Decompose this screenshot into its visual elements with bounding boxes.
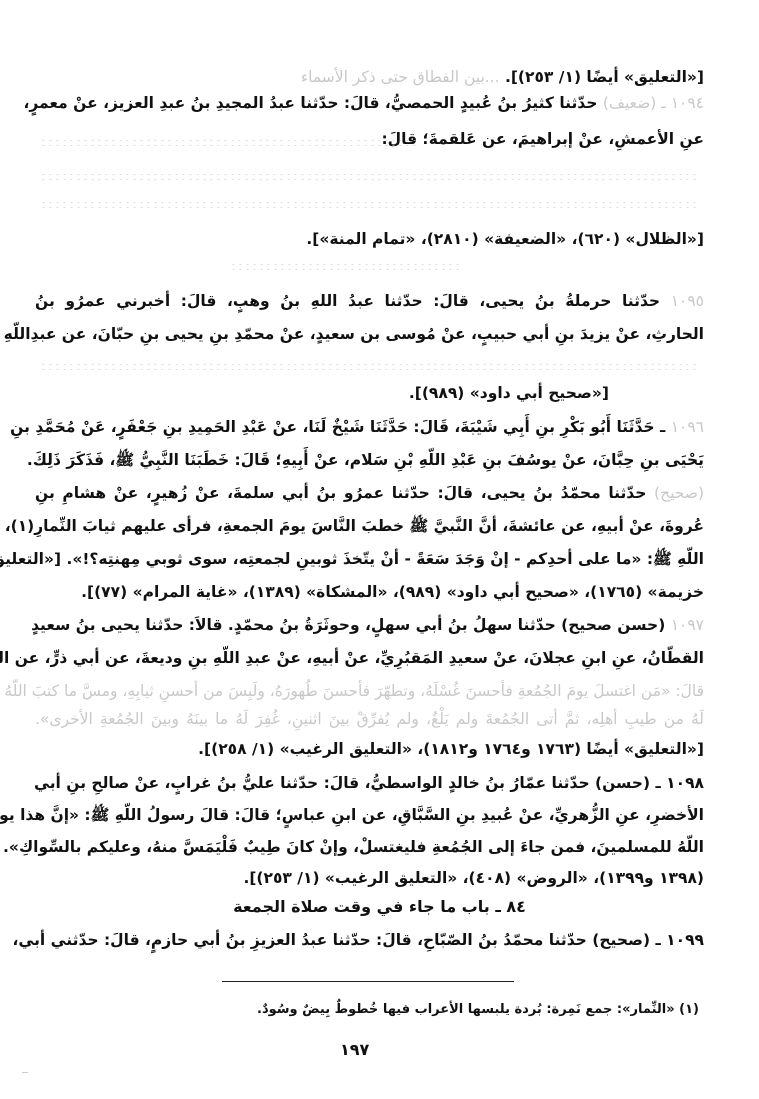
faded-text: ...بين الفطاق حتى ذكر الأسماء bbox=[301, 68, 500, 86]
page-number: ١٩٧ bbox=[340, 1040, 369, 1059]
faded-text: (صحيح) bbox=[654, 484, 704, 502]
text-line-12: اللّهِ ﷺ: «ما على أحدِكم - إنْ وَجَدَ سَ… bbox=[35, 548, 704, 570]
line-text: [«صحيح أبي داود» (٩٨٩)]. bbox=[409, 384, 609, 402]
line-text: يَحْيَى بنِ حِبَّانَ، عنْ يوسُفَ بنِ عَب… bbox=[27, 451, 704, 469]
text-line-9: يَحْيَى بنِ حِبَّانَ، عنْ يوسُفَ بنِ عَب… bbox=[27, 449, 704, 471]
faded-text: ١٠٩٦ bbox=[671, 418, 704, 436]
line-text: حدّثنا محمّدُ بنُ يحيى، قالَ: حدّثنا عمر… bbox=[35, 484, 646, 502]
text-line-14: ١٠٩٧ (حسن صحيح) حدّثنا سهلُ بنُ أبي سهلٍ… bbox=[35, 614, 704, 636]
text-line-23: ١٠٩٩ ـ (صحيح) حدّثنا محمّدُ بنُ الصّبّاح… bbox=[35, 929, 704, 951]
text-line-18: [«التعليق» أيضًا (١٧٦٣ و١٧٦٤ و١٨١٢)، «ال… bbox=[198, 738, 704, 760]
faded-noise bbox=[40, 172, 699, 180]
text-line-8: ١٠٩٦ ـ حَدَّثَنَا أَبُو بَكْرِ بنِ أَبِي… bbox=[35, 416, 704, 438]
text-line-13: خزيمة» (١٧٦٥)، «صحيح أبي داود» (٩٨٩)، «ا… bbox=[81, 581, 704, 603]
text-line-19: ١٠٩٨ ـ (حسن) حدّثنا عمّارُ بنُ خالدٍ الو… bbox=[35, 772, 704, 794]
line-text: الحارثِ، عنْ يزيدَ بنِ أبي حبيبٍ، عنْ مُ… bbox=[0, 325, 704, 343]
line-text: ١٠٩٩ ـ (صحيح) حدّثنا محمّدُ بنُ الصّبّاح… bbox=[13, 931, 704, 949]
line-text: [«التعليق» أيضًا (١/ ٢٥٣)]. bbox=[505, 68, 704, 86]
footnote: (١) «النِّمار»: جمع نَمِرة: بُردة يلبسها… bbox=[257, 1002, 699, 1017]
line-text: قالَ: «مَن اغتسلَ يومَ الجُمُعةِ فأحسنَ … bbox=[4, 682, 704, 700]
text-line-2: ١٠٩٤ ـ (ضعيف) حدّثنا كثيرُ بنُ عُبيدٍ ال… bbox=[35, 92, 704, 114]
text-line-7: [«صحيح أبي داود» (٩٨٩)]. bbox=[409, 382, 609, 404]
faded-noise bbox=[40, 200, 699, 208]
line-text: عُروةَ، عنْ أبيهِ، عن عائشةَ، أنَّ النَّ… bbox=[0, 517, 704, 535]
text-line-16: قالَ: «مَن اغتسلَ يومَ الجُمُعةِ فأحسنَ … bbox=[35, 680, 704, 702]
line-text: اللّهُ للمسلمينَ، فمن جاءَ إلى الجُمُعةِ… bbox=[0, 838, 704, 856]
text-line-15: القطّانُ، عنِ ابنِ عجلانَ، عنْ سعيدِ الم… bbox=[35, 647, 704, 669]
faded-noise bbox=[40, 138, 419, 146]
line-text: ١٠٩٨ ـ (حسن) حدّثنا عمّارُ بنُ خالدٍ الو… bbox=[34, 774, 704, 792]
line-text: القطّانُ، عنِ ابنِ عجلانَ، عنْ سعيدِ الم… bbox=[0, 649, 704, 667]
line-text: ـ حَدَّثَنَا أَبُو بَكْرِ بنِ أَبِي شَيْ… bbox=[10, 418, 665, 436]
line-text: (١٣٩٨ و١٣٩٩)، «الروض» (٤٠٨)، «التعليق ال… bbox=[243, 869, 704, 887]
text-line-3: عنِ الأعمشِ، عنْ إبراهيمَ، عن عَلقمةَ؛ ق… bbox=[381, 128, 704, 150]
line-text: [«التعليق» أيضًا (١٧٦٣ و١٧٦٤ و١٨١٢)، «ال… bbox=[198, 740, 704, 758]
line-text: [«الظلال» (٦٢٠)، «الضعيفة» (٢٨١٠)، «تمام… bbox=[306, 230, 704, 248]
text-line-20: الأخضرِ، عنِ الزُّهريِّ، عنْ عُبيدِ بنِ … bbox=[35, 804, 704, 826]
faded-text: ١٠٩٧ bbox=[671, 616, 704, 634]
text-line-11: عُروةَ، عنْ أبيهِ، عن عائشةَ، أنَّ النَّ… bbox=[35, 515, 704, 537]
line-text: حدّثنا حرملةُ بنُ يحيى، قالَ: حدّثنا عبد… bbox=[35, 292, 660, 310]
text-line-10: (صحيح) حدّثنا محمّدُ بنُ يحيى، قالَ: حدّ… bbox=[35, 482, 704, 504]
scan-mark bbox=[22, 1072, 28, 1073]
faded-text: ١٠٩٥ bbox=[671, 292, 704, 310]
text-line-21: اللّهُ للمسلمينَ، فمن جاءَ إلى الجُمُعةِ… bbox=[35, 836, 704, 858]
line-text: اللّهِ ﷺ: «ما على أحدِكم - إنْ وَجَدَ سَ… bbox=[0, 550, 704, 568]
line-text: لَهُ من طيبِ أهلِه، ثمَّ أتى الجُمُعةَ و… bbox=[35, 710, 704, 728]
text-line-6: الحارثِ، عنْ يزيدَ بنِ أبي حبيبٍ، عنْ مُ… bbox=[35, 323, 704, 345]
faded-noise bbox=[230, 262, 459, 270]
text-line-1: [«التعليق» أيضًا (١/ ٢٥٣)]. ...بين الفطا… bbox=[301, 66, 704, 88]
text-line-4: [«الظلال» (٦٢٠)، «الضعيفة» (٢٨١٠)، «تمام… bbox=[306, 228, 704, 250]
text-line-17: لَهُ من طيبِ أهلِه، ثمَّ أتى الجُمُعةَ و… bbox=[35, 708, 704, 730]
line-text: خزيمة» (١٧٦٥)، «صحيح أبي داود» (٩٨٩)، «ا… bbox=[81, 583, 704, 601]
line-text: حدّثنا كثيرُ بنُ عُبيدٍ الحمصيُّ، قالَ: … bbox=[23, 94, 597, 112]
line-text: عنِ الأعمشِ، عنْ إبراهيمَ، عن عَلقمةَ؛ ق… bbox=[381, 130, 704, 148]
faded-noise bbox=[40, 362, 699, 370]
faded-text: ١٠٩٤ ـ (ضعيف) bbox=[603, 94, 704, 112]
line-text: (حسن صحيح) حدّثنا سهلُ بنُ أبي سهلٍ، وحو… bbox=[31, 616, 665, 634]
footnote-divider bbox=[222, 981, 514, 982]
text-line-22: (١٣٩٨ و١٣٩٩)، «الروض» (٤٠٨)، «التعليق ال… bbox=[243, 867, 704, 889]
line-text: الأخضرِ، عنِ الزُّهريِّ، عنْ عُبيدِ بنِ … bbox=[0, 806, 704, 824]
book-page: [«التعليق» أيضًا (١/ ٢٥٣)]. ...بين الفطا… bbox=[0, 0, 759, 1099]
chapter-heading: ٨٤ ـ باب ما جاء في وقت صلاة الجمعة bbox=[0, 897, 759, 916]
text-line-5: ١٠٩٥ حدّثنا حرملةُ بنُ يحيى، قالَ: حدّثن… bbox=[35, 290, 704, 312]
